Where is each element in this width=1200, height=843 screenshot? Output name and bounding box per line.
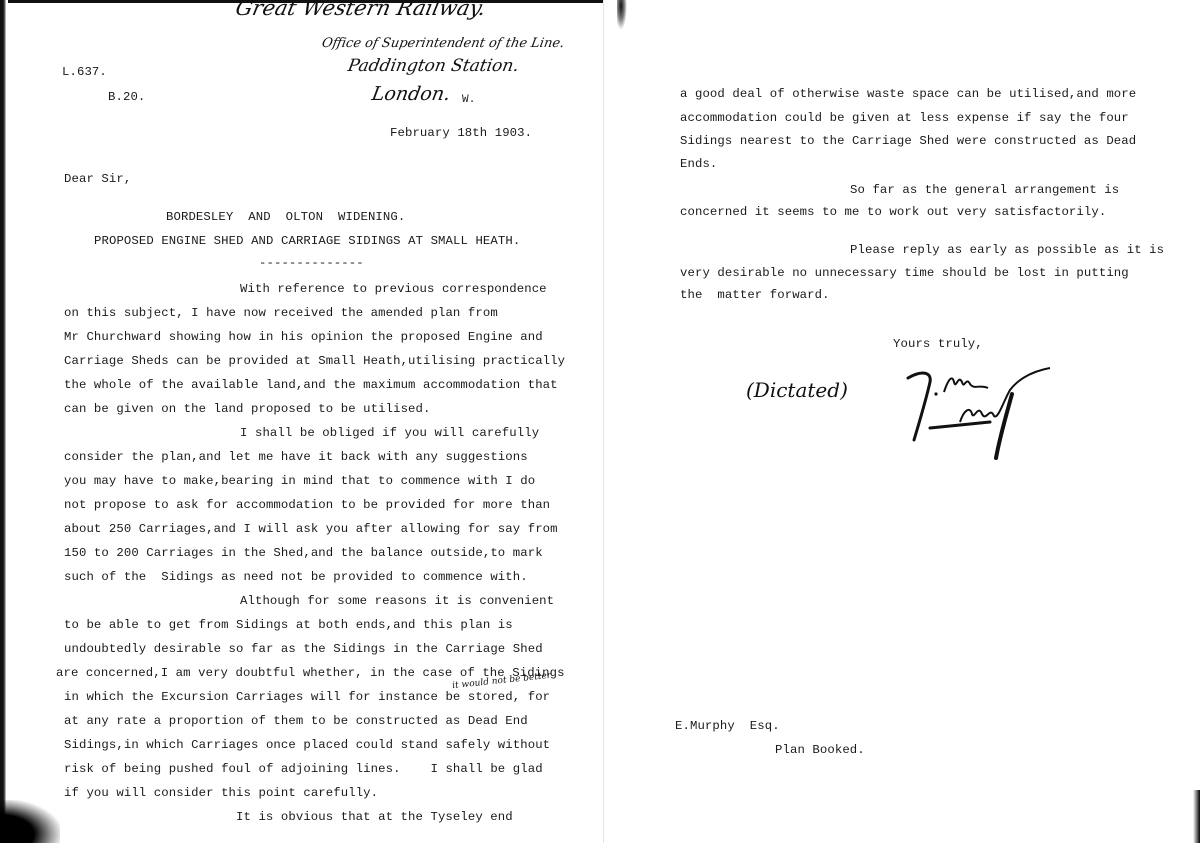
scan-blot-bottom-left xyxy=(0,800,60,843)
body-line: Mr Churchward showing how in his opinion… xyxy=(64,330,543,344)
body-line: the whole of the available land,and the … xyxy=(64,378,558,392)
body-line: at any rate a proportion of them to be c… xyxy=(64,714,528,728)
letterhead-postal: W. xyxy=(462,93,475,107)
letterhead-city: London. xyxy=(370,83,452,105)
scan-edge-right xyxy=(1193,790,1200,843)
signature-icon xyxy=(900,360,1070,465)
scan-edge-left xyxy=(0,0,6,843)
body-line: about 250 Carriages,and I will ask you a… xyxy=(64,522,558,536)
letterhead-company: Great Western Railway. xyxy=(233,0,488,20)
body-line: undoubtedly desirable so far as the Sidi… xyxy=(64,642,543,656)
subject-rule: -------------- xyxy=(259,256,364,270)
body-line: you may have to make,bearing in mind tha… xyxy=(64,474,535,488)
body-line: Sidings,in which Carriages once placed c… xyxy=(64,738,550,752)
body-line: if you will consider this point carefull… xyxy=(64,786,378,800)
body-line: With reference to previous correspondenc… xyxy=(240,282,547,296)
body-line: So far as the general arrangement is xyxy=(850,183,1119,197)
page-divider xyxy=(603,0,604,843)
body-line: can be given on the land proposed to be … xyxy=(64,402,431,416)
body-line: 150 to 200 Carriages in the Shed,and the… xyxy=(64,546,543,560)
body-line: accommodation could be given at less exp… xyxy=(680,111,1129,125)
body-line: not propose to ask for accommodation to … xyxy=(64,498,550,512)
body-line: on this subject, I have now received the… xyxy=(64,306,498,320)
body-line: concerned it seems to me to work out ver… xyxy=(680,205,1106,219)
body-line: risk of being pushed foul of adjoining l… xyxy=(64,762,543,776)
body-line: Although for some reasons it is convenie… xyxy=(240,594,554,608)
subject-line-1: BORDESLEY AND OLTON WIDENING. xyxy=(166,210,405,224)
addressee: E.Murphy Esq. xyxy=(675,719,780,733)
body-line: consider the plan,and let me have it bac… xyxy=(64,450,528,464)
body-line: very desirable no unnecessary time shoul… xyxy=(680,266,1129,280)
body-line: Sidings nearest to the Carriage Shed wer… xyxy=(680,134,1136,148)
letterhead-office: Office of Superintendent of the Line. xyxy=(321,36,566,51)
reference-number: L.637. xyxy=(62,65,107,79)
body-line: such of the Sidings as need not be provi… xyxy=(64,570,528,584)
salutation: Dear Sir, xyxy=(64,172,131,186)
body-line: to be able to get from Sidings at both e… xyxy=(64,618,513,632)
body-line: in which the Excursion Carriages will fo… xyxy=(64,690,550,704)
letterhead-station: Paddington Station. xyxy=(346,56,520,76)
body-line: Please reply as early as possible as it … xyxy=(850,243,1164,257)
body-line: a good deal of otherwise waste space can… xyxy=(680,87,1136,101)
letter-date: February 18th 1903. xyxy=(390,126,532,140)
body-line: It is obvious that at the Tyseley end xyxy=(236,810,513,824)
plan-booked-note: Plan Booked. xyxy=(775,743,865,757)
body-line: Carriage Sheds can be provided at Small … xyxy=(64,354,565,368)
closing: Yours truly, xyxy=(893,337,983,351)
reference-code: B.20. xyxy=(108,90,145,104)
body-line: the matter forward. xyxy=(680,288,830,302)
dictated-stamp: (Dictated) xyxy=(746,378,848,402)
scan-blot-top xyxy=(617,0,627,30)
body-line: Ends. xyxy=(680,157,717,171)
subject-line-2: PROPOSED ENGINE SHED AND CARRIAGE SIDING… xyxy=(94,234,520,248)
body-line: I shall be obliged if you will carefully xyxy=(240,426,539,440)
